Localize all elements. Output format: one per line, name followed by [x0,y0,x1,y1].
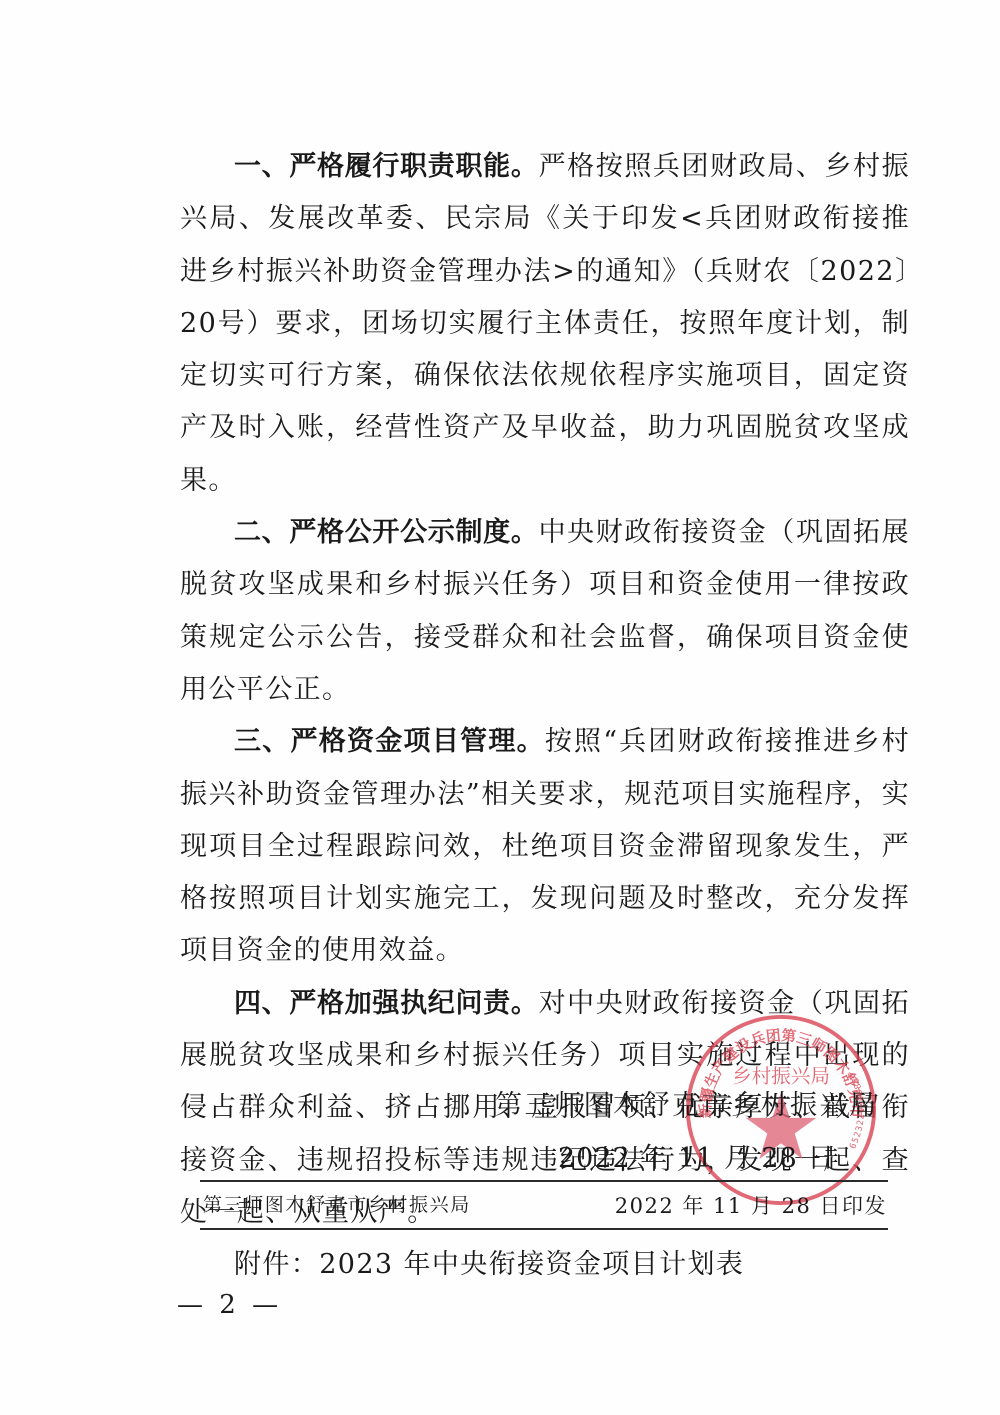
signature-organization: 第三师图木舒克市乡村振兴局 [495,1083,879,1122]
section-text: 按照“兵团财政衔接推进乡村振兴补助资金管理办法”相关要求，规范项目实施程序，实现… [180,726,910,966]
signature-date: 2022 年 11 月 28 日 [558,1136,835,1175]
section-disclosure-paragraph: 二、严格公开公示制度。中央财政衔接资金（巩固拓展脱贫攻坚成果和乡村振兴任务）项目… [180,507,910,716]
section-heading: 一、严格履行职责职能。 [234,151,539,182]
section-duty-paragraph: 一、严格履行职责职能。严格按照兵团财政局、乡村振兴局、发展改革委、民宗局《关于印… [180,141,910,507]
footer-bottom-rule [200,1228,888,1230]
footer-issue-date: 2022 年 11 月 28 日印发 [615,1190,887,1220]
section-heading: 三、严格资金项目管理。 [234,726,545,757]
section-fund-management-paragraph: 三、严格资金项目管理。按照“兵团财政衔接推进乡村振兴补助资金管理办法”相关要求，… [180,716,910,977]
section-text: 严格按照兵团财政局、乡村振兴局、发展改革委、民宗局《关于印发<兵团财政衔接推进乡… [180,151,910,496]
page-number: — 2 — [177,1290,282,1320]
document-page: 一、严格履行职责职能。严格按照兵团财政局、乡村振兴局、发展改革委、民宗局《关于印… [0,0,1000,1415]
footer-issuer: 第三师图木舒克市乡村振兴局 [203,1190,471,1217]
section-heading: 二、严格公开公示制度。 [234,517,539,548]
attachment-note: 附件：2023 年中央衔接资金项目计划表 [180,1239,910,1291]
section-heading: 四、严格加强执纪问责。 [234,988,539,1019]
footer-top-rule [200,1180,888,1182]
